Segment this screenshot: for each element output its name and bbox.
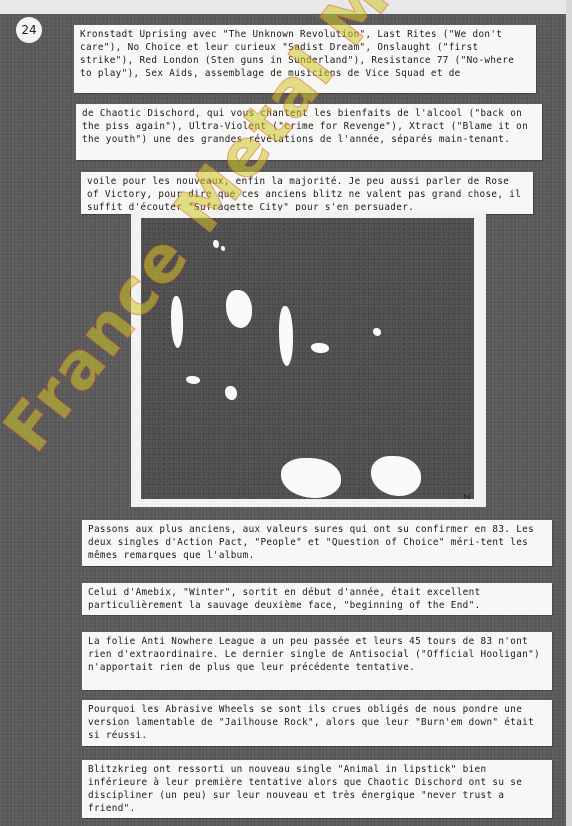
text-block: de Chaotic Dischord, qui vous chantent l… <box>76 104 542 160</box>
text-block: Celui d'Amebix, "Winter", sortit en débu… <box>82 583 552 615</box>
page-top-edge <box>0 0 572 14</box>
text-block: Passons aux plus anciens, aux valeurs su… <box>82 520 552 566</box>
text-block: Pourquoi les Abrasive Wheels se sont ils… <box>82 700 552 746</box>
band-photo: B.LITZ <box>141 218 474 499</box>
page-number: 24 <box>16 17 42 43</box>
photo-credit: B.LITZ <box>463 493 472 499</box>
text-block: Blitzkrieg ont ressorti un nouveau singl… <box>82 760 552 818</box>
text-block: La folie Anti Nowhere League a un peu pa… <box>82 632 552 690</box>
text-block: voile pour les nouveaux, enfin la majori… <box>81 172 533 214</box>
text-block: Kronstadt Uprising avec "The Unknown Rev… <box>74 25 536 93</box>
page-right-edge <box>566 0 572 826</box>
band-photo-frame: B.LITZ <box>131 211 486 507</box>
